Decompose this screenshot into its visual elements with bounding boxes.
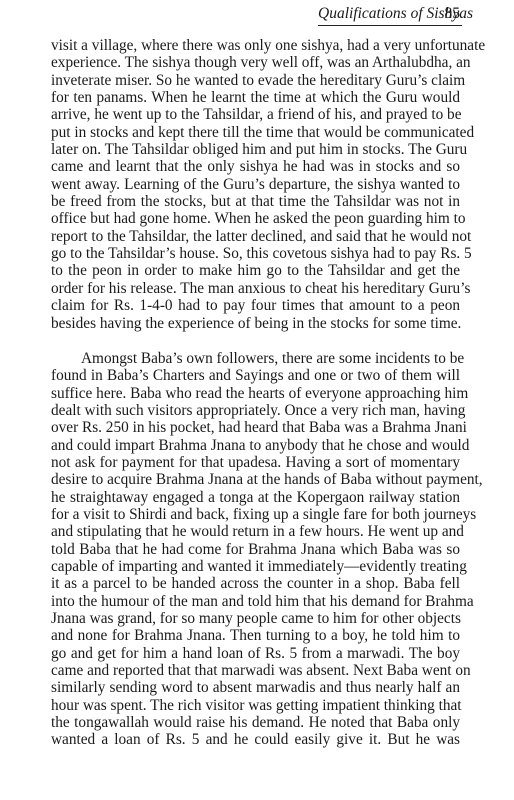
text-line: go to the Tahsildar’s house. So, this co… — [51, 245, 460, 262]
text-line: be freed from the stocks, but at that ti… — [51, 193, 460, 210]
text-line: desire to acquire Brahma Jnana at the ha… — [51, 471, 460, 488]
text-line: went away. Learning of the Guru’s depart… — [51, 176, 460, 193]
text-line: put in stocks and kept there till the ti… — [51, 124, 460, 141]
text-line: Jnana was grand, for so many people came… — [51, 610, 460, 627]
paragraph-1: visit a village, where there was only on… — [51, 37, 460, 332]
paragraph-2: Amongst Baba’s own followers, there are … — [51, 350, 460, 749]
text-line: order for his release. The man anxious t… — [51, 280, 460, 297]
text-line: wanted a loan of Rs. 5 and he could easi… — [51, 731, 460, 748]
text-line: inveterate miser. So he wanted to evade … — [51, 72, 460, 89]
text-line: visit a village, where there was only on… — [51, 37, 460, 54]
text-line: arrive, he went up to the Tahsildar, a f… — [51, 106, 460, 123]
text-line: over Rs. 250 in his pocket, had heard th… — [51, 419, 460, 436]
text-line: for ten panams. When he learnt the time … — [51, 89, 460, 106]
text-line: into the humour of the man and told him … — [51, 593, 460, 610]
text-line: and none for Brahma Jnana. Then turning … — [51, 627, 460, 644]
text-line: came and learnt that the only sishya he … — [51, 158, 460, 175]
text-line: capable of imparting and wanted it immed… — [51, 558, 460, 575]
running-header: Qualifications of Sishyas 85 — [318, 3, 462, 26]
text-line: Amongst Baba’s own followers, there are … — [51, 350, 460, 367]
text-line: for a visit to Shirdi and back, fixing u… — [51, 506, 460, 523]
text-line: and stipulating that he would return in … — [51, 523, 460, 540]
body-text: visit a village, where there was only on… — [51, 37, 460, 749]
text-line: experience. The sishya though very well … — [51, 54, 460, 71]
text-line: to the peon in order to make him go to t… — [51, 262, 460, 279]
text-line: later on. The Tahsildar obliged him and … — [51, 141, 460, 158]
text-line: dealt with such visitors appropriately. … — [51, 402, 460, 419]
text-line: told Baba that he had come for Brahma Jn… — [51, 541, 460, 558]
page-number: 85 — [445, 3, 461, 25]
text-line: suffice here. Baba who read the hearts o… — [51, 385, 460, 402]
text-line: besides having the experience of being i… — [51, 315, 460, 332]
text-line: came and reported that that marwadi was … — [51, 662, 460, 679]
text-line: similarly sending word to absent marwadi… — [51, 679, 460, 696]
text-line: office but had gone home. When he asked … — [51, 210, 460, 227]
text-line: it as a parcel to be handed across the c… — [51, 575, 460, 592]
text-line: the tongawallah would raise his demand. … — [51, 714, 460, 731]
text-line: found in Baba’s Charters and Sayings and… — [51, 367, 460, 384]
text-line: and could impart Brahma Jnana to anybody… — [51, 437, 460, 454]
text-line: he straightaway engaged a tonga at the K… — [51, 489, 460, 506]
book-page: Qualifications of Sishyas 85 visit a vil… — [0, 0, 514, 800]
text-line: go and get for him a hand loan of Rs. 5 … — [51, 645, 460, 662]
text-line: hour was spent. The rich visitor was get… — [51, 697, 460, 714]
text-line: claim for Rs. 1-4-0 had to pay four time… — [51, 297, 460, 314]
text-line: report to the Tahsildar, the latter decl… — [51, 228, 460, 245]
text-line: not ask for payment for that upadesa. Ha… — [51, 454, 460, 471]
